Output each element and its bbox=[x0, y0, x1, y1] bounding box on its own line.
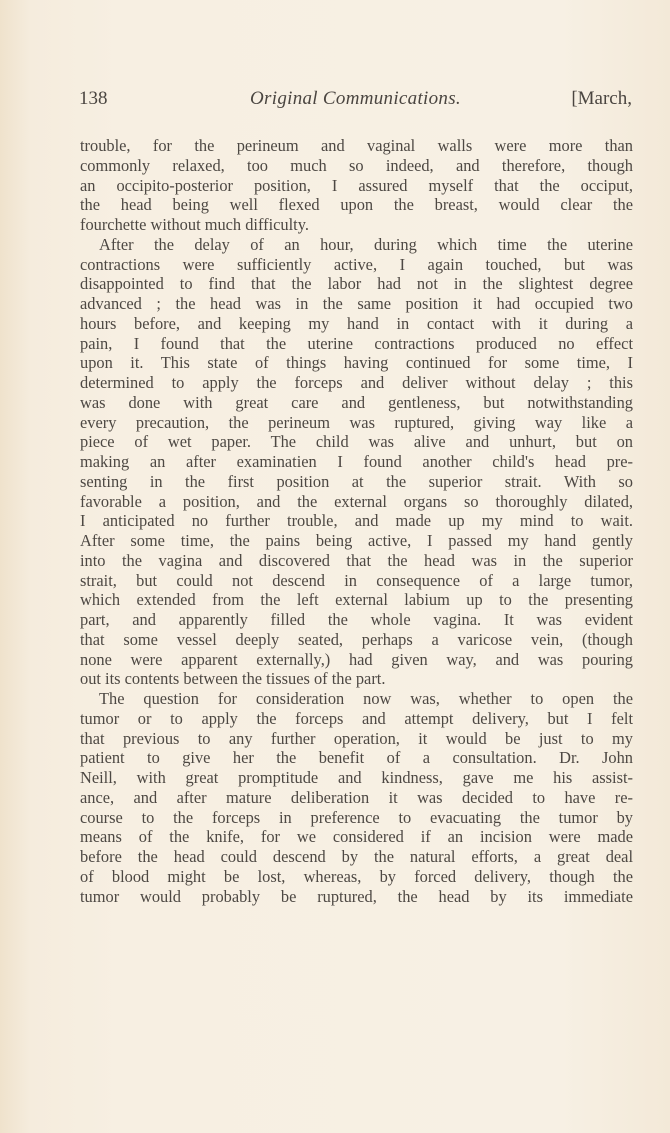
text-line: an occipito-posterior position, I assure… bbox=[80, 176, 633, 196]
text-line: commonly relaxed, too much so indeed, an… bbox=[80, 156, 633, 176]
text-line: trouble, for the perineum and vaginal wa… bbox=[80, 136, 633, 156]
text-line: The question for consideration now was, … bbox=[80, 689, 633, 709]
running-month: [March, bbox=[571, 88, 632, 110]
text-line: senting in the first position at the sup… bbox=[80, 472, 633, 492]
text-line: disappointed to find that the labor had … bbox=[80, 274, 633, 294]
text-line: pain, I found that the uterine contracti… bbox=[80, 334, 633, 354]
text-line: means of the knife, for we considered if… bbox=[80, 827, 633, 847]
text-line: strait, but could not descend in consequ… bbox=[80, 571, 633, 591]
text-line: course to the forceps in preference to e… bbox=[80, 808, 633, 828]
text-line: out its contents between the tissues of … bbox=[80, 669, 633, 689]
text-line: every precaution, the perineum was ruptu… bbox=[80, 413, 633, 433]
text-line: which extended from the left external la… bbox=[80, 590, 633, 610]
text-line: favorable a position, and the external o… bbox=[80, 492, 633, 512]
text-line: before the head could descend by the nat… bbox=[80, 847, 633, 867]
text-line: upon it. This state of things having con… bbox=[80, 353, 633, 373]
text-line: patient to give her the benefit of a con… bbox=[80, 748, 633, 768]
text-line: that some vessel deeply seated, perhaps … bbox=[80, 630, 633, 650]
text-line: contractions were sufficiently active, I… bbox=[80, 255, 633, 275]
body-text: trouble, for the perineum and vaginal wa… bbox=[80, 136, 633, 906]
text-line: making an after examinatien I found anot… bbox=[80, 452, 633, 472]
text-line: part, and apparently filled the whole va… bbox=[80, 610, 633, 630]
text-line: tumor would probably be ruptured, the he… bbox=[80, 887, 633, 907]
text-line: was done with great care and gentleness,… bbox=[80, 393, 633, 413]
text-line: determined to apply the forceps and deli… bbox=[80, 373, 633, 393]
text-line: piece of wet paper. The child was alive … bbox=[80, 432, 633, 452]
text-line: none were apparent externally,) had give… bbox=[80, 650, 633, 670]
text-line: ance, and after mature deliberation it w… bbox=[80, 788, 633, 808]
book-page: 138 Original Communications. [March, tro… bbox=[0, 0, 670, 1133]
text-line: fourchette without much difficulty. bbox=[80, 215, 633, 235]
text-line: After some time, the pains being active,… bbox=[80, 531, 633, 551]
text-line: advanced ; the head was in the same posi… bbox=[80, 294, 633, 314]
running-header: 138 Original Communications. [March, bbox=[79, 88, 632, 112]
text-line: After the delay of an hour, during which… bbox=[80, 235, 633, 255]
text-line: Neill, with great promptitude and kindne… bbox=[80, 768, 633, 788]
text-line: the head being well flexed upon the brea… bbox=[80, 195, 633, 215]
text-line: of blood might be lost, whereas, by forc… bbox=[80, 867, 633, 887]
running-title: Original Communications. bbox=[79, 88, 632, 110]
text-line: hours before, and keeping my hand in con… bbox=[80, 314, 633, 334]
text-line: tumor or to apply the forceps and attemp… bbox=[80, 709, 633, 729]
text-line: that previous to any further operation, … bbox=[80, 729, 633, 749]
text-line: I anticipated no further trouble, and ma… bbox=[80, 511, 633, 531]
text-line: into the vagina and discovered that the … bbox=[80, 551, 633, 571]
